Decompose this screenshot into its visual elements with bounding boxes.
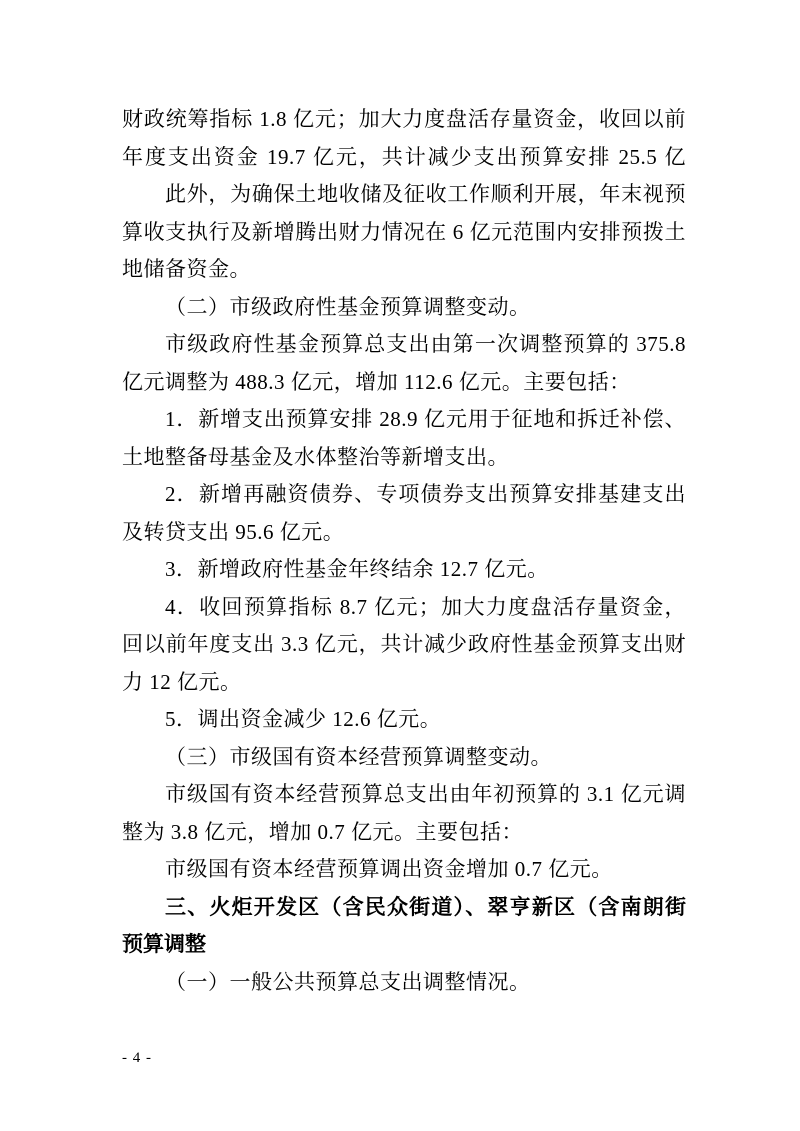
page-number: - 4 -: [122, 1050, 152, 1066]
gov-fund-item-5-line-1: 5．调出资金减少 12.6 亿元。: [122, 701, 686, 739]
land-reserve-note-line-2: 算收支执行及新增腾出财力情况在 6 亿元范围内安排预拨土: [122, 214, 686, 252]
section-3-title-line-1: （三）市级国有资本经营预算调整变动。: [122, 739, 686, 777]
section-1-title-line-1: （一）一般公共预算总支出调整情况。: [122, 964, 686, 1002]
gov-fund-item-1-line-1: 1．新增支出预算安排 28.9 亿元用于征地和拆迁补偿、: [122, 401, 686, 439]
part-3-heading-line-2: 预算调整: [122, 926, 686, 964]
land-reserve-note-line-3: 地储备资金。: [122, 251, 686, 289]
gov-fund-item-4-line-2: 回以前年度支出 3.3 亿元，共计减少政府性基金预算支出财: [122, 626, 686, 664]
gov-fund-item-2-line-2: 及转贷支出 95.6 亿元。: [122, 514, 686, 552]
general-budget-continued-line-1: 财政统筹指标 1.8 亿元；加大力度盘活存量资金，收回以前: [122, 101, 686, 139]
soe-budget-total-line-2: 整为 3.8 亿元，增加 0.7 亿元。主要包括：: [122, 814, 686, 852]
land-reserve-note-line-1: 此外，为确保土地收储及征收工作顺利开展，年末视预: [122, 176, 686, 214]
gov-fund-item-3-line-1: 3．新增政府性基金年终结余 12.7 亿元。: [122, 551, 686, 589]
soe-budget-total-line-1: 市级国有资本经营预算总支出由年初预算的 3.1 亿元调: [122, 776, 686, 814]
page-footer: - 4 -: [122, 1046, 152, 1070]
part-3-heading-line-1: 三、火炬开发区（含民众街道）、翠亨新区（含南朗街道）: [122, 889, 686, 927]
section-2-title-line-1: （二）市级政府性基金预算调整变动。: [122, 289, 686, 327]
gov-fund-item-4-line-3: 力 12 亿元。: [122, 664, 686, 702]
gov-fund-item-1-line-2: 土地整备母基金及水体整治等新增支出。: [122, 439, 686, 477]
document-page: 财政统筹指标 1.8 亿元；加大力度盘活存量资金，收回以前年度支出资金 19.7…: [0, 0, 800, 1131]
gov-fund-budget-total-line-1: 市级政府性基金预算总支出由第一次调整预算的 375.8: [122, 326, 686, 364]
soe-transfer-out-line-1: 市级国有资本经营预算调出资金增加 0.7 亿元。: [122, 851, 686, 889]
gov-fund-item-4-line-1: 4．收回预算指标 8.7 亿元；加大力度盘活存量资金，收: [122, 589, 686, 627]
gov-fund-item-2-line-1: 2．新增再融资债券、专项债券支出预算安排基建支出: [122, 476, 686, 514]
general-budget-continued-line-2: 年度支出资金 19.7 亿元，共计减少支出预算安排 25.5 亿元。: [122, 139, 686, 177]
gov-fund-budget-total-line-2: 亿元调整为 488.3 亿元，增加 112.6 亿元。主要包括：: [122, 364, 686, 402]
document-body: 财政统筹指标 1.8 亿元；加大力度盘活存量资金，收回以前年度支出资金 19.7…: [122, 101, 686, 1001]
